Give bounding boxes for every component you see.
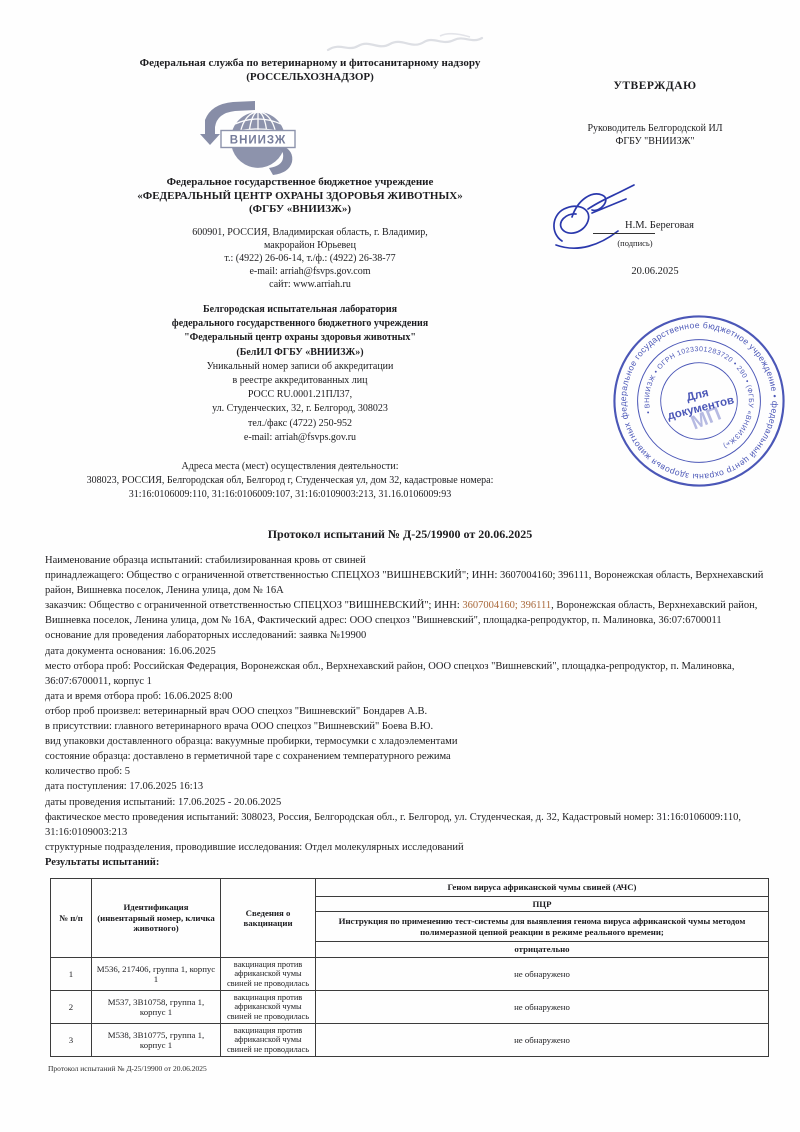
hq-email: e-mail: arriah@fsvps.gov.com — [40, 265, 580, 278]
row-vaccination: вакцинация против африканской чумы свине… — [221, 991, 316, 1024]
body-owner: принадлежащего: Общество с ограниченной … — [45, 568, 772, 598]
body-basis-date: дата документа основания: 16.06.2025 — [45, 644, 772, 659]
signature-line — [593, 233, 655, 234]
row-result: не обнаружено — [316, 1024, 769, 1057]
document-page: Федеральная служба по ветеринарному и фи… — [0, 0, 800, 1132]
signature-caption: (подпись) — [595, 238, 675, 248]
results-table-wrap: № п/п Идентификация (инвентарный номер, … — [50, 878, 769, 1057]
hq-address-line1: 600901, РОССИЯ, Владимирская область, г.… — [40, 226, 580, 239]
lab-accreditation-number: РОСС RU.0001.21ПЛ37, — [30, 388, 570, 402]
protocol-body: Наименование образца испытаний: стабилиз… — [45, 553, 772, 870]
row-id: М536, 217406, группа 1, корпус 1 — [92, 958, 221, 991]
table-row: 3 М538, 3В10775, группа 1, корпус 1 вакц… — [51, 1024, 769, 1057]
customer-inn: 3607004160; 396111 — [462, 600, 551, 611]
row-id: М538, 3В10775, группа 1, корпус 1 — [92, 1024, 221, 1057]
body-sample-count: количество проб: 5 — [45, 764, 772, 779]
row-result: не обнаружено — [316, 958, 769, 991]
body-departments: структурные подразделения, проводившие и… — [45, 840, 772, 855]
body-packaging: вид упаковки доставленного образца: ваку… — [45, 734, 772, 749]
body-sampler: отбор проб произвел: ветеринарный врач О… — [45, 704, 772, 719]
activity-line1: 308023, РОССИЯ, Белгородская обл, Белгор… — [20, 474, 560, 488]
row-id: М537, 3В10758, группа 1, корпус 1 — [92, 991, 221, 1024]
body-sampling-place: место отбора проб: Российская Федерация,… — [45, 659, 772, 689]
hq-address-block: 600901, РОССИЯ, Владимирская область, г.… — [40, 226, 580, 291]
row-result: не обнаружено — [316, 991, 769, 1024]
row-vaccination: вакцинация против африканской чумы свине… — [221, 1024, 316, 1057]
lab-name-line2: федерального государственного бюджетного… — [30, 317, 570, 331]
col-header-method: ПЦР — [316, 897, 769, 912]
table-row: 2 М537, 3В10758, группа 1, корпус 1 вакц… — [51, 991, 769, 1024]
protocol-title: Протокол испытаний № Д-25/19900 от 20.06… — [0, 527, 800, 542]
col-header-instruction: Инструкция по применению тест-системы дл… — [316, 912, 769, 942]
body-test-dates: даты проведения испытаний: 17.06.2025 - … — [45, 795, 772, 810]
body-sample-name: Наименование образца испытаний: стабилиз… — [45, 553, 772, 568]
body-test-place: фактическое место проведения испытаний: … — [45, 810, 772, 840]
results-table: № п/п Идентификация (инвентарный номер, … — [50, 878, 769, 1057]
org-line3: (ФГБУ «ВНИИЗЖ») — [30, 203, 570, 217]
body-sampling-datetime: дата и время отбора проб: 16.06.2025 8:0… — [45, 689, 772, 704]
body-witness: в присутствии: главного ветеринарного вр… — [45, 719, 772, 734]
authority-line1: Федеральная служба по ветеринарному и фи… — [40, 56, 580, 70]
table-row: 1 М536, 217406, группа 1, корпус 1 вакци… — [51, 958, 769, 991]
body-receipt-date: дата поступления: 17.06.2025 16:13 — [45, 779, 772, 794]
col-header-vaccination: Сведения о вакцинации — [221, 879, 316, 958]
lab-email: e-mail: arriah@fsvps.gov.ru — [30, 431, 570, 445]
approver-name: Н.М. Береговая — [625, 220, 745, 231]
results-label: Результаты испытаний: — [45, 855, 772, 870]
official-stamp: федеральное государственное бюджетное уч… — [587, 292, 800, 510]
col-header-num: № п/п — [51, 879, 92, 958]
approver-role-line2: ФГБУ "ВНИИЗЖ" — [545, 135, 765, 148]
lab-block: Белгородская испытательная лаборатория ф… — [30, 303, 570, 445]
lab-name-line4: (БелИЛ ФГБУ «ВНИИЗЖ») — [30, 346, 570, 360]
col-header-norm: отрицательно — [316, 942, 769, 958]
row-num: 3 — [51, 1024, 92, 1057]
lab-accreditation-line2: в реестре аккредитованных лиц — [30, 374, 570, 388]
authority-line2: (РОССЕЛЬХОЗНАДЗОР) — [40, 70, 580, 84]
row-num: 1 — [51, 958, 92, 991]
approve-date: 20.06.2025 — [600, 266, 710, 277]
approve-title: УТВЕРЖДАЮ — [560, 80, 750, 92]
activity-line2: 31:16:0106009:110, 31:16:0106009:107, 31… — [20, 488, 560, 502]
customer-pre: заказчик: Общество с ограниченной ответс… — [45, 600, 462, 611]
activity-addresses: Адреса места (мест) осуществления деятел… — [20, 460, 560, 502]
activity-title: Адреса места (мест) осуществления деятел… — [20, 460, 560, 474]
hq-address-line2: макрорайон Юрьевец — [40, 239, 580, 252]
body-customer: заказчик: Общество с ограниченной ответс… — [45, 598, 772, 628]
org-name-block: Федеральное государственное бюджетное уч… — [30, 176, 570, 217]
lab-name-line1: Белгородская испытательная лаборатория — [30, 303, 570, 317]
logo-label: ВНИИЗЖ — [230, 135, 286, 147]
org-line1: Федеральное государственное бюджетное уч… — [30, 176, 570, 190]
col-header-id: Идентификация (инвентарный номер, кличка… — [92, 879, 221, 958]
hq-phone: т.: (4922) 26-06-14, т./ф.: (4922) 26-38… — [40, 252, 580, 265]
lab-accreditation-line1: Уникальный номер записи об аккредитации — [30, 360, 570, 374]
body-sample-condition: состояние образца: доставлено в герметич… — [45, 749, 772, 764]
org-line2: «ФЕДЕРАЛЬНЫЙ ЦЕНТР ОХРАНЫ ЗДОРОВЬЯ ЖИВОТ… — [30, 190, 570, 204]
vniizzh-logo-icon: ВНИИЗЖ — [195, 100, 317, 176]
approver-block: Руководитель Белгородской ИЛ ФГБУ "ВНИИЗ… — [545, 122, 765, 148]
lab-address: ул. Студенческих, 32, г. Белгород, 30802… — [30, 402, 570, 416]
row-num: 2 — [51, 991, 92, 1024]
approver-role-line1: Руководитель Белгородской ИЛ — [545, 122, 765, 135]
page-footer: Протокол испытаний № Д-25/19900 от 20.06… — [48, 1064, 448, 1073]
row-vaccination: вакцинация против африканской чумы свине… — [221, 958, 316, 991]
lab-phone: тел./факс (4722) 250-952 — [30, 417, 570, 431]
hq-site: сайт: www.arriah.ru — [40, 278, 580, 291]
col-header-genome: Геном вируса африканской чумы свиней (АЧ… — [316, 879, 769, 897]
lab-name-line3: "Федеральный центр охраны здоровья живот… — [30, 331, 570, 345]
authority-header: Федеральная служба по ветеринарному и фи… — [40, 56, 580, 84]
body-basis: основание для проведения лабораторных ис… — [45, 628, 772, 643]
